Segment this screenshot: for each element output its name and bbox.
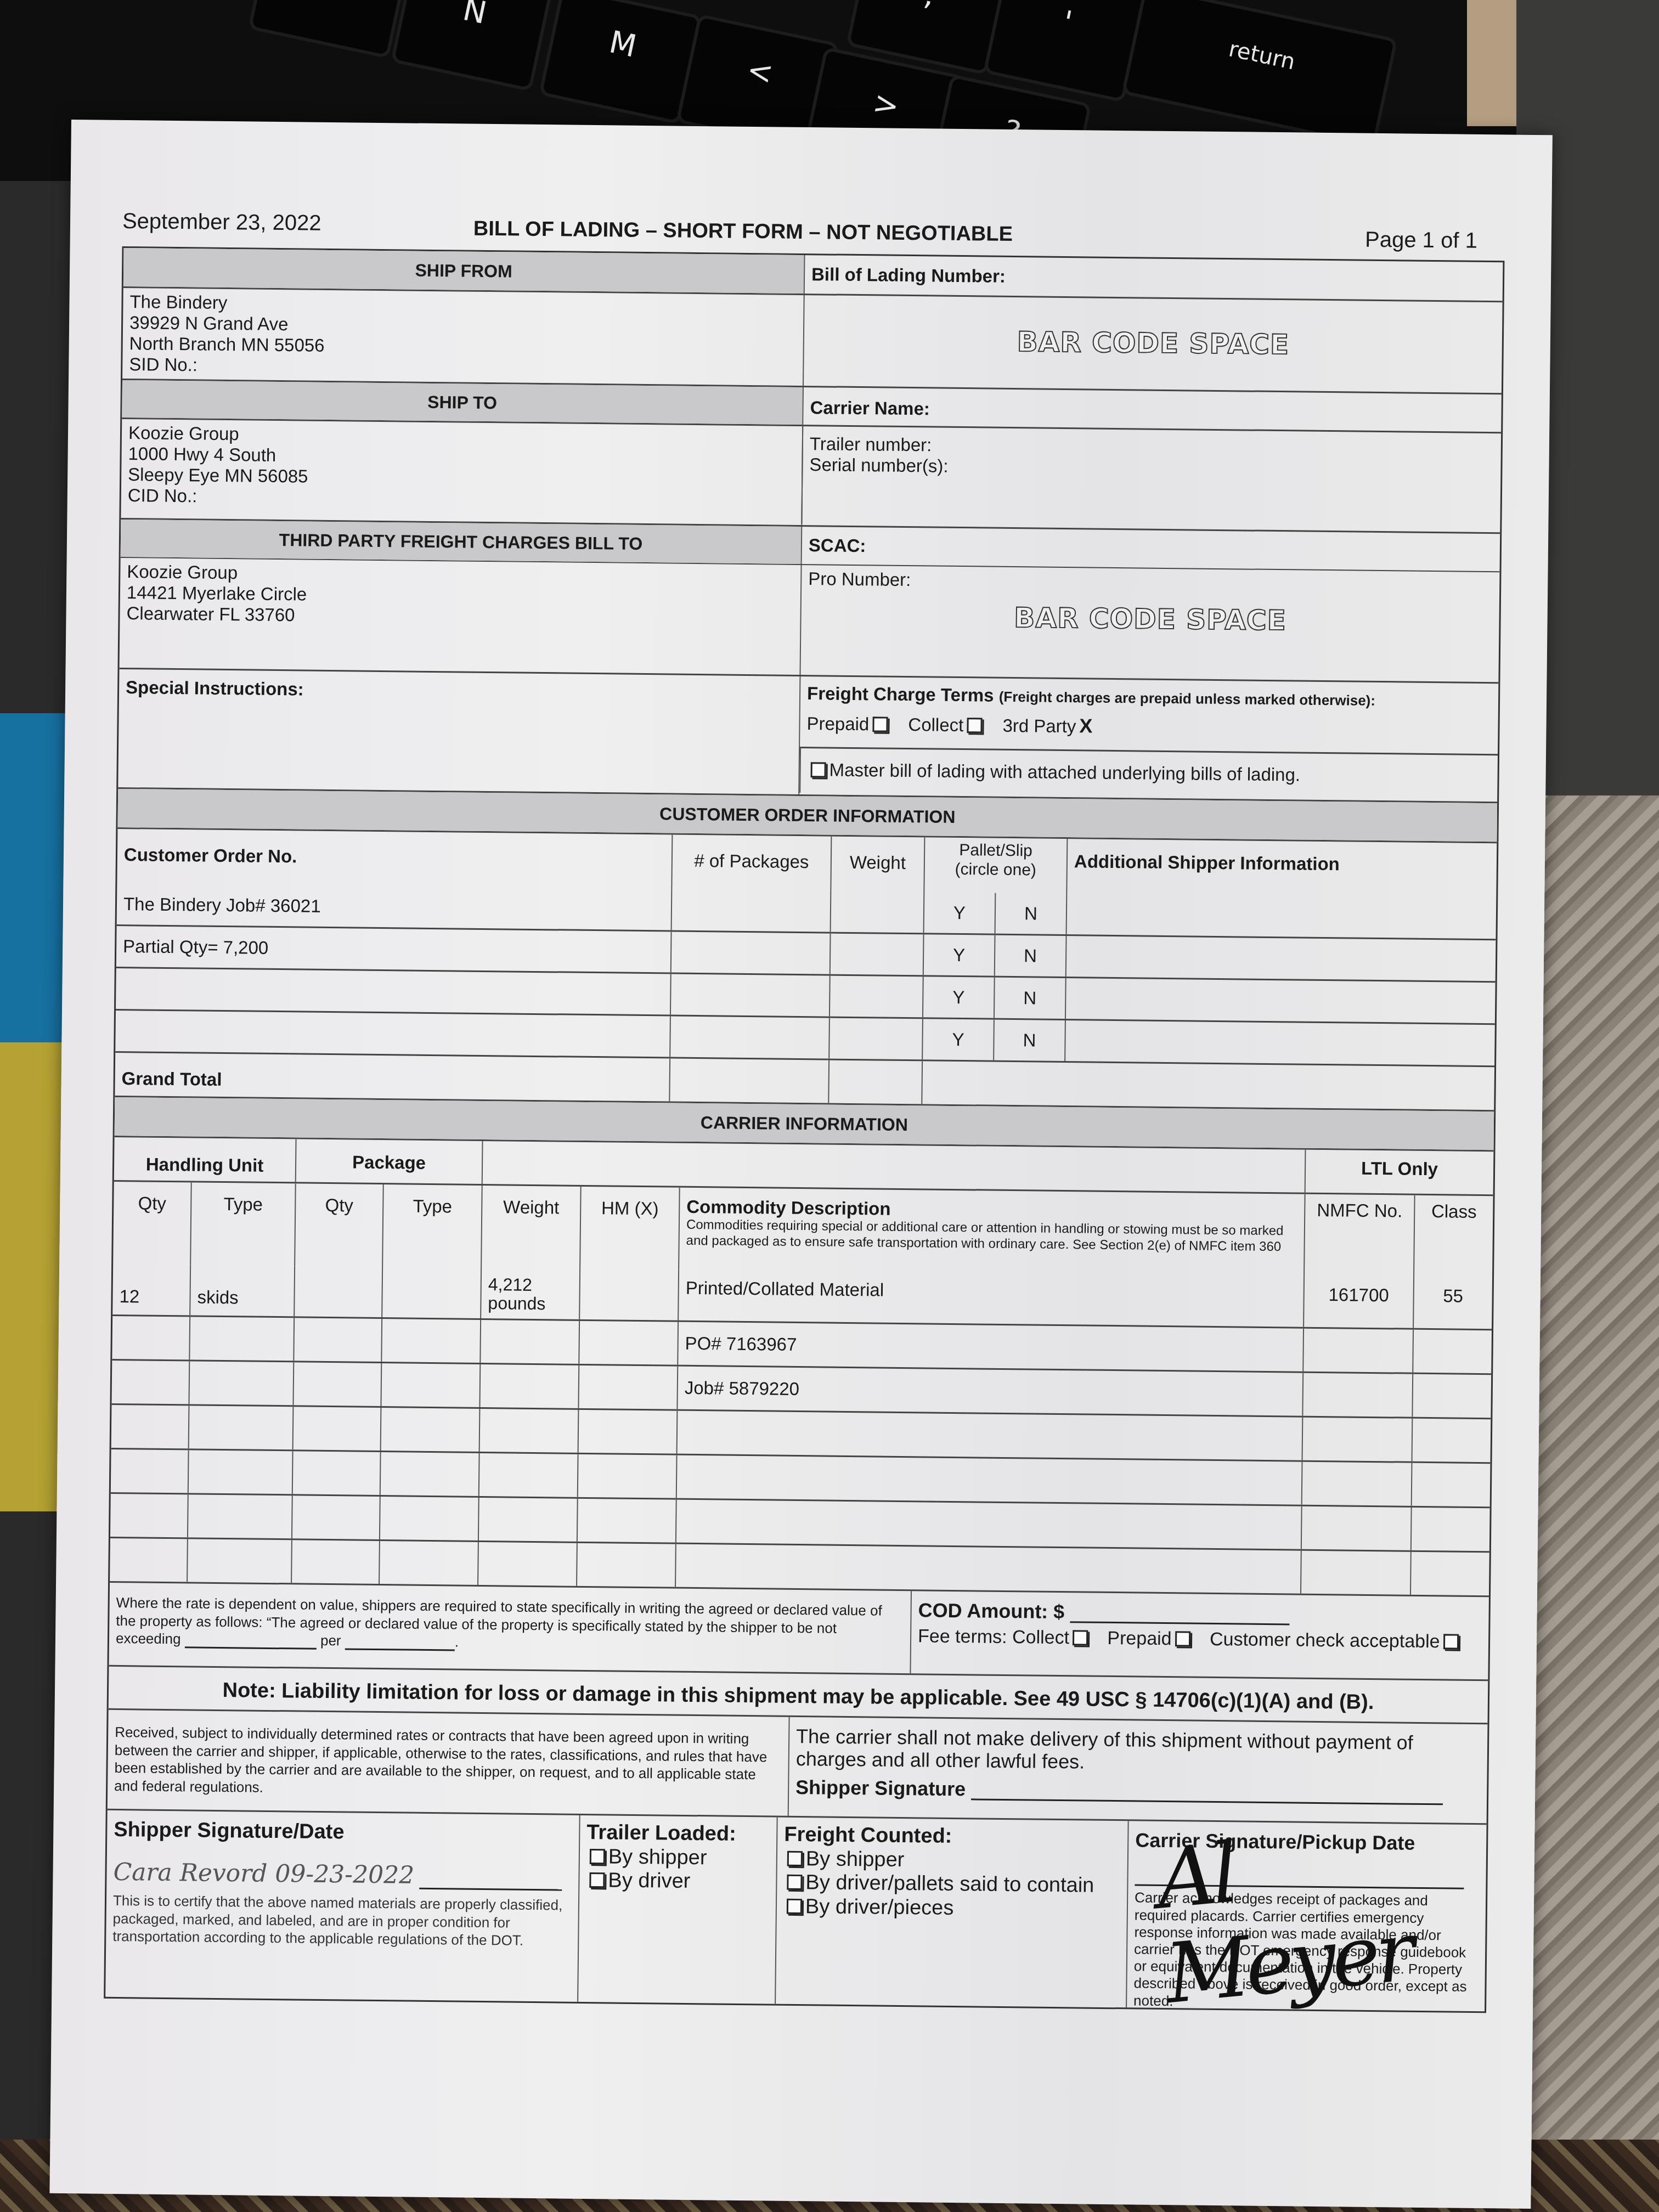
- pallet-y-option[interactable]: Y: [923, 934, 995, 975]
- col-pk-qty: Qty: [294, 1183, 383, 1267]
- pk-qty-cell[interactable]: [291, 1540, 379, 1584]
- pallet-n-option[interactable]: N: [993, 1020, 1065, 1061]
- prepaid-option-label: Prepaid: [806, 713, 869, 734]
- trailer-by-driver-label: By driver: [608, 1869, 690, 1893]
- hu-qty-cell[interactable]: [112, 1361, 189, 1404]
- form-grid: SHIP FROM Bill of Lading Number: The Bin…: [104, 246, 1504, 2013]
- cod-cell: COD Amount: $ Fee terms: Collect Prepaid…: [910, 1591, 1489, 1679]
- class-cell[interactable]: [1412, 1419, 1491, 1463]
- third-party-checkbox-marked[interactable]: X: [1079, 714, 1092, 737]
- customer-check-label: Customer check acceptable: [1210, 1629, 1440, 1652]
- hu-type-cell[interactable]: [188, 1406, 293, 1449]
- col-weight: Weight: [481, 1186, 580, 1269]
- third-party-heading: THIRD PARTY FREIGHT CHARGES BILL TO: [121, 520, 802, 564]
- pk-qty-cell[interactable]: [292, 1407, 381, 1451]
- declared-value-text: Where the rate is dependent on value, sh…: [116, 1594, 882, 1647]
- commodity-description-cell[interactable]: PO# 7163967: [677, 1322, 1303, 1372]
- desk-edge: [1467, 0, 1516, 126]
- bol-barcode-space: BAR CODE SPACE: [803, 295, 1503, 393]
- trailer-by-driver-checkbox[interactable]: [589, 1872, 605, 1888]
- group-ltl-only: LTL Only: [1305, 1150, 1494, 1195]
- ship-to-address: Koozie Group 1000 Hwy 4 South Sleepy Eye…: [121, 419, 802, 525]
- prepaid-checkbox[interactable]: [872, 717, 888, 732]
- carrier-handwritten-signature[interactable]: Al Meyer: [1153, 1803, 1494, 2022]
- hm-cell[interactable]: [578, 1365, 677, 1409]
- shipper-signature-line: [419, 1888, 562, 1891]
- hu-type-cell[interactable]: [188, 1450, 292, 1494]
- pk-type-cell[interactable]: [380, 1363, 479, 1407]
- pk-qty-cell[interactable]: [294, 1266, 382, 1317]
- freight-counted-block: Freight Counted: By shipper By driver/pa…: [775, 1818, 1128, 2008]
- pallet-y-option[interactable]: Y: [923, 892, 995, 933]
- commodity-description-cell[interactable]: [676, 1411, 1302, 1460]
- keyboard-key: M: [539, 0, 702, 125]
- hu-type-cell[interactable]: [187, 1494, 292, 1538]
- weight-cell[interactable]: [479, 1364, 578, 1408]
- class-cell[interactable]: [1411, 1463, 1491, 1507]
- bill-of-lading-form: September 23, 2022 BILL OF LADING – SHOR…: [104, 202, 1505, 2013]
- declared-value-per-field[interactable]: [345, 1648, 455, 1651]
- hu-qty-cell[interactable]: [112, 1316, 189, 1359]
- col-hu-qty: Qty: [113, 1182, 191, 1265]
- weight-cell[interactable]: [830, 891, 924, 933]
- hu-type-cell[interactable]: [187, 1539, 291, 1583]
- commodity-description-cell[interactable]: [675, 1544, 1301, 1594]
- group-handling-unit: Handling Unit: [114, 1137, 296, 1182]
- hu-qty-cell[interactable]: [110, 1538, 187, 1582]
- carrier-info-rows: 12skids4,212 poundsPrinted/Collated Mate…: [110, 1264, 1492, 1595]
- commodity-description-cell[interactable]: [676, 1455, 1302, 1505]
- pk-type-cell[interactable]: [381, 1319, 480, 1363]
- collect-option-label: Collect: [908, 714, 963, 735]
- weight-cell[interactable]: [479, 1409, 578, 1453]
- fee-terms-collect-label: Fee terms: Collect: [918, 1626, 1069, 1649]
- fee-collect-checkbox[interactable]: [1073, 1630, 1088, 1646]
- freight-terms-cell: Freight Charge Terms (Freight charges ar…: [800, 676, 1498, 754]
- nmfc-cell[interactable]: [1302, 1373, 1412, 1417]
- received-terms: Received, subject to individually determ…: [108, 1710, 789, 1816]
- nmfc-cell[interactable]: 161700: [1303, 1277, 1413, 1328]
- shipper-signature-field[interactable]: [971, 1799, 1443, 1805]
- grand-total-label: Grand Total: [115, 1053, 669, 1102]
- group-package: Package: [295, 1139, 482, 1184]
- commodity-note: Commodities requiring special or additio…: [686, 1217, 1298, 1255]
- col-hm: HM (X): [579, 1187, 679, 1270]
- keyboard-key: B: [248, 0, 411, 59]
- freight-terms-options: Prepaid Collect 3rd PartyX: [806, 712, 1491, 741]
- carrier-name-label[interactable]: Carrier Name:: [810, 397, 1494, 425]
- hu-qty-cell[interactable]: [111, 1405, 189, 1448]
- hu-qty-cell[interactable]: [110, 1494, 188, 1537]
- class-cell[interactable]: [1412, 1330, 1492, 1374]
- weight-cell[interactable]: [829, 976, 923, 1018]
- hm-cell[interactable]: [576, 1543, 675, 1587]
- declared-value-amount-field[interactable]: [185, 1646, 317, 1650]
- trailer-loaded-block: Trailer Loaded: By shipper By driver: [577, 1815, 777, 2004]
- special-instructions-field[interactable]: Special Instructions:: [118, 669, 799, 794]
- third-party-address: Koozie Group 14421 Myerlake Circle Clear…: [120, 558, 801, 675]
- additional-info-cell[interactable]: [1064, 1020, 1495, 1065]
- class-cell[interactable]: [1410, 1508, 1490, 1551]
- additional-info-cell[interactable]: [1065, 978, 1496, 1023]
- weight-cell[interactable]: [478, 1453, 578, 1497]
- freight-terms-note: (Freight charges are prepaid unless mark…: [999, 689, 1376, 709]
- grand-total-packages[interactable]: [669, 1059, 828, 1103]
- grand-total-blank: [921, 1061, 1494, 1110]
- hu-qty-cell[interactable]: [111, 1449, 188, 1493]
- ship-to-heading: SHIP TO: [122, 380, 803, 425]
- third-party-option-label: 3rd Party: [1002, 715, 1076, 736]
- commodity-description-cell[interactable]: Printed/Collated Material: [678, 1270, 1304, 1327]
- document-date: September 23, 2022: [122, 209, 321, 236]
- pallet-y-option[interactable]: Y: [922, 977, 994, 1018]
- customer-order-no-cell[interactable]: [115, 1011, 670, 1057]
- pk-qty-cell[interactable]: [293, 1318, 381, 1362]
- pro-barcode-space: BAR CODE SPACE: [808, 600, 1493, 639]
- weight-cell[interactable]: 4,212 pounds: [480, 1268, 579, 1319]
- fee-prepaid-label: Prepaid: [1107, 1628, 1172, 1649]
- pallet-n-option[interactable]: N: [995, 893, 1066, 934]
- shipper-signature-date-label: Shipper Signature/Date: [114, 1818, 572, 1847]
- group-blank: [482, 1141, 1305, 1193]
- freight-terms-block: Freight Charge Terms (Freight charges ar…: [798, 676, 1498, 802]
- weight-cell[interactable]: [477, 1542, 577, 1586]
- weight-cell[interactable]: [479, 1320, 579, 1364]
- customer-order-no-cell[interactable]: The Bindery Job# 36021: [117, 884, 672, 930]
- cod-amount-label: COD Amount: $: [918, 1599, 1064, 1623]
- master-bol-label: Master bill of lading with attached unde…: [829, 760, 1300, 785]
- hu-qty-cell[interactable]: 12: [112, 1264, 190, 1315]
- hu-type-cell[interactable]: [188, 1361, 293, 1405]
- pk-type-cell[interactable]: [380, 1452, 479, 1496]
- pro-number-label[interactable]: Pro Number:: [808, 568, 1493, 596]
- shipper-certification-text: This is to certify that the above named …: [112, 1892, 572, 1950]
- pk-qty-cell[interactable]: [292, 1362, 381, 1406]
- customer-order-rows: The Bindery Job# 36021YNPartial Qty= 7,2…: [115, 884, 1496, 1065]
- nmfc-cell[interactable]: [1302, 1418, 1412, 1462]
- trailer-by-shipper-label: By shipper: [608, 1845, 707, 1869]
- pro-number-cell: Pro Number: BAR CODE SPACE: [799, 565, 1499, 682]
- shipper-signature-label: Shipper Signature: [795, 1776, 966, 1800]
- counted-by-shipper-checkbox[interactable]: [787, 1850, 803, 1866]
- counted-by-driver-pallets-label: By driver/pallets said to contain: [805, 1871, 1094, 1898]
- shipper-signature-block: Shipper Signature/Date Cara Revord 09-23…: [105, 1810, 579, 2002]
- freight-counted-label: Freight Counted:: [784, 1823, 1121, 1850]
- page-indicator: Page 1 of 1: [1365, 228, 1477, 253]
- pk-type-cell[interactable]: [379, 1497, 478, 1541]
- additional-info-cell[interactable]: [1066, 894, 1497, 939]
- customer-order-no-cell[interactable]: [116, 968, 670, 1015]
- carrier-name-cell: Carrier Name: Trailer number: Serial num…: [801, 387, 1502, 531]
- hm-cell[interactable]: [579, 1269, 678, 1321]
- counted-by-driver-pieces-checkbox[interactable]: [787, 1899, 802, 1914]
- nmfc-cell[interactable]: [1301, 1506, 1411, 1550]
- keyboard-key: N: [391, 0, 554, 92]
- cod-amount-field[interactable]: [1070, 1622, 1289, 1626]
- class-cell[interactable]: [1410, 1552, 1489, 1596]
- col-nmfc: NMFC No.: [1304, 1194, 1414, 1278]
- col-hu-type: Type: [190, 1182, 295, 1266]
- commodity-description-cell[interactable]: Job# 5879220: [676, 1367, 1302, 1416]
- counted-by-driver-pallets-checkbox[interactable]: [787, 1875, 802, 1890]
- master-bol-cell: Master bill of lading with attached unde…: [799, 747, 1498, 800]
- bill-of-lading-paper: September 23, 2022 BILL OF LADING – SHOR…: [49, 120, 1552, 2209]
- hm-cell[interactable]: [578, 1410, 677, 1454]
- freight-terms-label: Freight Charge Terms: [807, 683, 994, 706]
- carrier-column-header-row: Qty Type Qty Type Weight HM (X) Commodit…: [113, 1180, 1493, 1278]
- hu-type-cell[interactable]: skids: [189, 1265, 294, 1316]
- pk-type-cell[interactable]: [380, 1408, 479, 1452]
- declared-value-per: per: [320, 1632, 341, 1649]
- hu-type-cell[interactable]: [189, 1317, 294, 1361]
- col-pk-type: Type: [382, 1184, 482, 1268]
- nmfc-cell[interactable]: [1302, 1329, 1413, 1373]
- packages-cell[interactable]: [669, 1017, 829, 1059]
- no-delivery-text: The carrier shall not make delivery of t…: [796, 1725, 1481, 1778]
- master-bol-checkbox[interactable]: [811, 762, 826, 777]
- col-additional-info: Additional Shipper Information: [1066, 839, 1497, 898]
- document-title: BILL OF LADING – SHORT FORM – NOT NEGOTI…: [473, 217, 1013, 246]
- ship-from-address: The Bindery 39929 N Grand Ave North Bran…: [122, 288, 804, 386]
- weight-cell[interactable]: [828, 1018, 922, 1060]
- shipper-handwritten-signature[interactable]: Cara Revord 09-23-2022: [113, 1858, 414, 1889]
- packages-cell[interactable]: [670, 932, 830, 974]
- pallet-n-option[interactable]: N: [994, 978, 1065, 1019]
- hm-cell[interactable]: [577, 1499, 676, 1543]
- hm-cell[interactable]: [577, 1454, 676, 1498]
- nmfc-cell[interactable]: [1301, 1462, 1412, 1506]
- col-num-packages: # of Packages: [671, 835, 831, 891]
- col-weight: Weight: [830, 837, 924, 893]
- trailer-loaded-label: Trailer Loaded:: [586, 1821, 770, 1847]
- class-cell[interactable]: 55: [1413, 1278, 1492, 1329]
- pallet-y-option[interactable]: Y: [922, 1019, 994, 1060]
- pk-type-cell[interactable]: [381, 1267, 481, 1318]
- customer-check-checkbox[interactable]: [1443, 1634, 1458, 1650]
- customer-order-no-cell[interactable]: Partial Qty= 7,200: [116, 926, 671, 973]
- pk-type-cell[interactable]: [379, 1541, 478, 1585]
- collect-checkbox[interactable]: [967, 718, 982, 733]
- scac-label[interactable]: SCAC:: [801, 527, 1500, 571]
- keyboard-return-key: return: [1121, 0, 1398, 148]
- packages-cell[interactable]: [670, 974, 830, 1017]
- additional-info-cell[interactable]: [1065, 936, 1496, 981]
- pk-qty-cell[interactable]: [292, 1451, 380, 1495]
- pk-qty-cell[interactable]: [291, 1496, 380, 1539]
- packages-cell[interactable]: [671, 890, 831, 932]
- counted-by-shipper-label: By shipper: [806, 1847, 905, 1871]
- class-cell[interactable]: [1412, 1374, 1491, 1418]
- fee-prepaid-checkbox[interactable]: [1175, 1632, 1190, 1647]
- grand-total-weight[interactable]: [828, 1060, 922, 1104]
- weight-cell[interactable]: [830, 934, 923, 975]
- hm-cell[interactable]: [578, 1321, 678, 1365]
- ship-from-heading: SHIP FROM: [123, 248, 804, 294]
- col-commodity: Commodity Description Commodities requir…: [678, 1188, 1305, 1277]
- bol-number-label: Bill of Lading Number:: [804, 255, 1503, 301]
- col-pallet-slip: Pallet/Slip (circle one): [923, 837, 1066, 894]
- pallet-n-option[interactable]: N: [994, 935, 1066, 977]
- commodity-description-cell[interactable]: [675, 1500, 1301, 1549]
- carrier-signature-block: Carrier Signature/Pickup Date Al Meyer C…: [1126, 1821, 1487, 2011]
- declared-value-cell: Where the rate is dependent on value, sh…: [109, 1583, 911, 1673]
- counted-by-driver-pieces-label: By driver/pieces: [805, 1895, 954, 1920]
- col-class: Class: [1413, 1195, 1493, 1278]
- no-delivery-cell: The carrier shall not make delivery of t…: [788, 1717, 1488, 1823]
- nmfc-cell[interactable]: [1300, 1551, 1410, 1595]
- weight-cell[interactable]: [478, 1498, 577, 1542]
- col-customer-order-no: Customer Order No.: [117, 829, 672, 890]
- trailer-by-shipper-checkbox[interactable]: [590, 1849, 605, 1864]
